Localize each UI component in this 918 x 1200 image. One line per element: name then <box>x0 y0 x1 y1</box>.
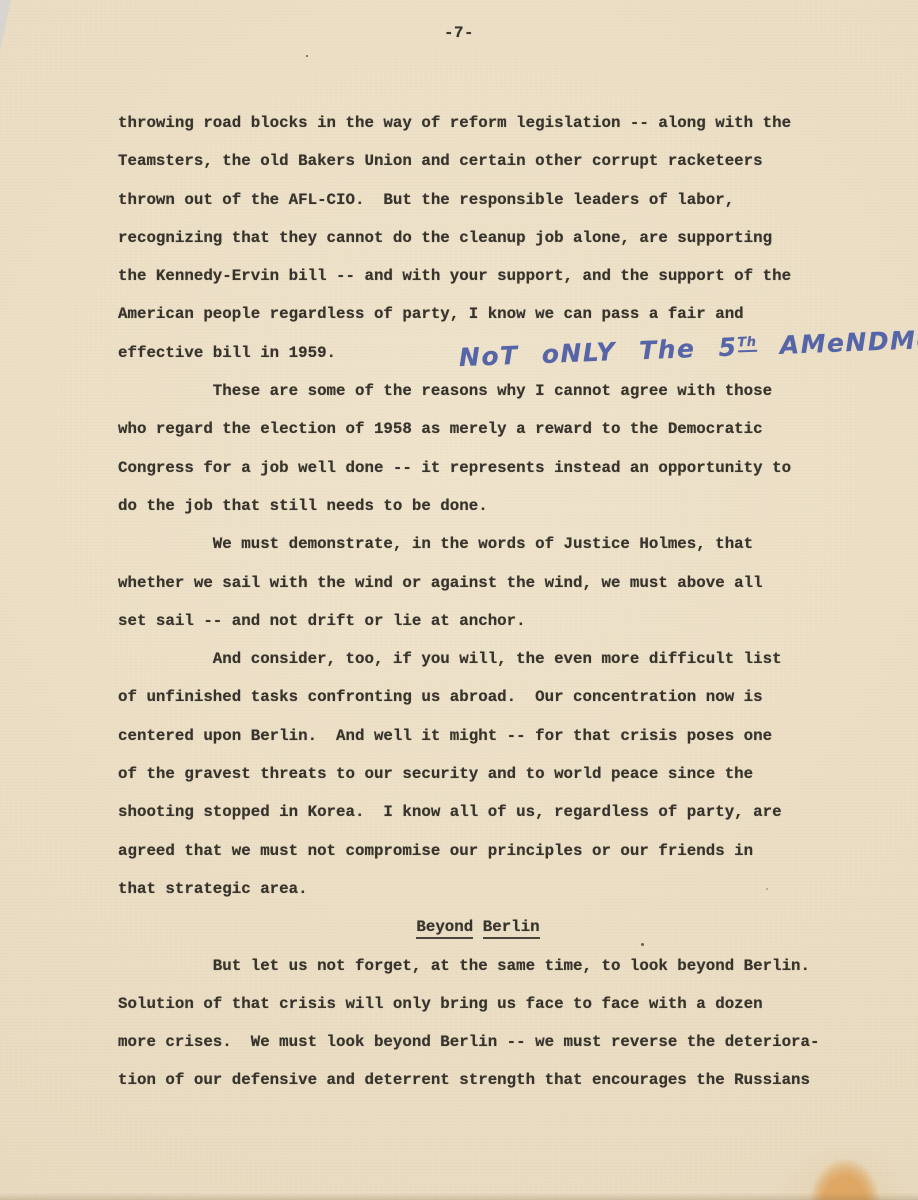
text-line: And consider, too, if you will, the even… <box>118 640 838 678</box>
text-line: whether we sail with the wind or against… <box>118 564 838 602</box>
text-line: of unfinished tasks confronting us abroa… <box>118 678 838 716</box>
text-line: throwing road blocks in the way of refor… <box>118 104 838 142</box>
document-page: -7- throwing road blocks in the way of r… <box>0 0 918 1200</box>
handwritten-superscript: Th <box>737 335 757 353</box>
typewritten-body: throwing road blocks in the way of refor… <box>118 104 838 1100</box>
section-heading-word: Beyond <box>416 918 473 939</box>
paper-stain <box>718 1055 918 1200</box>
handwritten-annotation-text: AMeNDMeNT <box>756 323 918 360</box>
handwritten-annotation-text: NoT oNLY The 5 <box>458 332 738 372</box>
text-line: of the gravest threats to our security a… <box>118 755 838 793</box>
ink-speck <box>766 888 768 890</box>
text-line: We must demonstrate, in the words of Jus… <box>118 525 838 563</box>
text-line: who regard the election of 1958 as merel… <box>118 410 838 448</box>
text-line: Teamsters, the old Bakers Union and cert… <box>118 142 838 180</box>
text-line: centered upon Berlin. And well it might … <box>118 717 838 755</box>
text-line: agreed that we must not compromise our p… <box>118 832 838 870</box>
section-heading-word: Berlin <box>483 918 540 939</box>
text-line: the Kennedy-Ervin bill -- and with your … <box>118 257 838 295</box>
text-line: thrown out of the AFL-CIO. But the respo… <box>118 181 838 219</box>
text-line: that strategic area. <box>118 870 838 908</box>
text-line: But let us not forget, at the same time,… <box>118 947 838 985</box>
paper-bottom-edge <box>0 1193 918 1200</box>
text-line: recognizing that they cannot do the clea… <box>118 219 838 257</box>
text-line: shooting stopped in Korea. I know all of… <box>118 793 838 831</box>
ink-speck <box>306 55 308 57</box>
text-line: do the job that still needs to be done. <box>118 487 838 525</box>
page-number: -7- <box>0 24 918 42</box>
ink-speck <box>641 943 644 946</box>
text-line: Congress for a job well done -- it repre… <box>118 449 838 487</box>
section-heading: Beyond Berlin <box>118 908 838 946</box>
text-line: set sail -- and not drift or lie at anch… <box>118 602 838 640</box>
text-line: Solution of that crisis will only bring … <box>118 985 838 1023</box>
